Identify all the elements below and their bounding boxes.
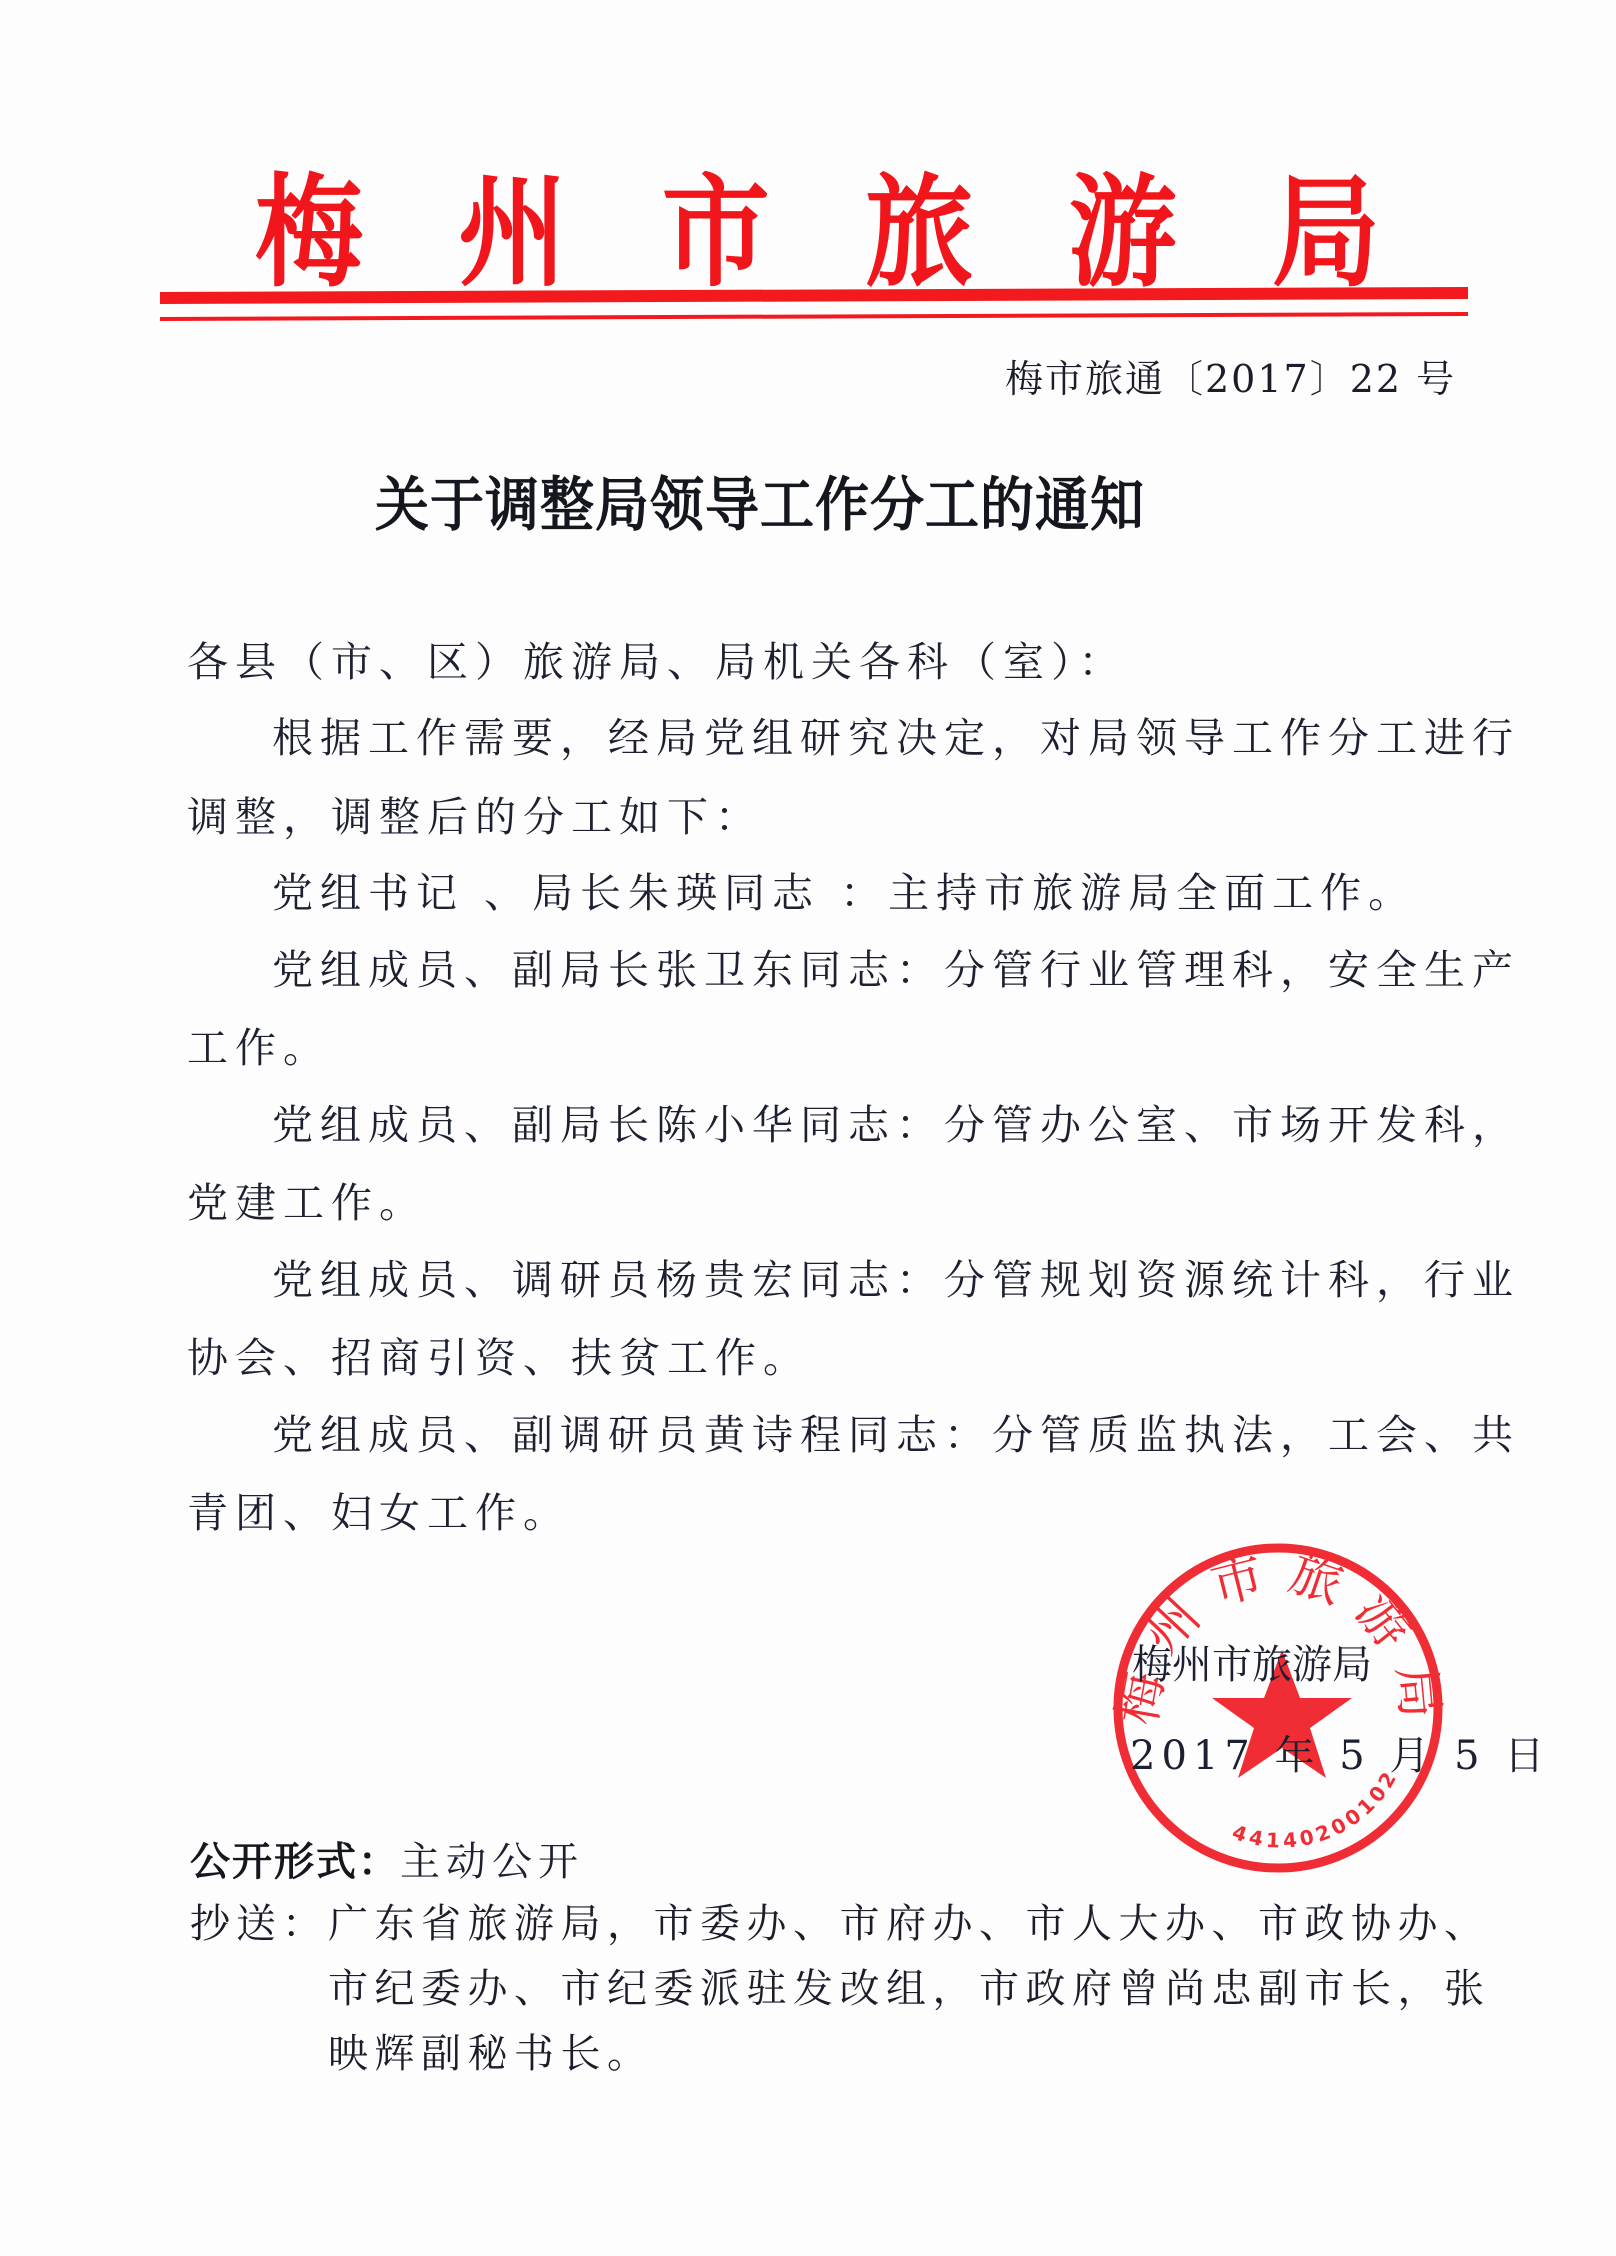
assignment-line: 党组成员、副调研员黄诗程同志：分管质监执法，工会、共 xyxy=(272,1415,1520,1456)
assignment-line: 工作。 xyxy=(187,1028,331,1069)
masthead-char: 州 xyxy=(458,173,566,294)
document-page: 梅 州 市 旅 游 局 梅市旅通〔2017〕22 号 关于调整局领导工作分工的通… xyxy=(0,0,1616,2256)
cc-recipients-line: 市纪委办、市纪委派驻发改组，市政府曾尚忠副市长，张 xyxy=(328,1957,1491,2014)
masthead-char: 游 xyxy=(1069,173,1177,294)
masthead-char: 旅 xyxy=(865,173,973,294)
assignment-line: 党建工作。 xyxy=(187,1183,427,1224)
assignment-line: 青团、妇女工作。 xyxy=(187,1493,571,1534)
assignment-line: 党组成员、副局长陈小华同志：分管办公室、市场开发科， xyxy=(272,1105,1520,1146)
body-paragraph-line: 根据工作需要，经局党组研究决定，对局领导工作分工进行 xyxy=(272,718,1520,759)
official-seal-icon: 梅州市旅游局 4414020010234 xyxy=(1110,1540,1450,1880)
cc-recipients-line: 广东省旅游局，市委办、市府办、市人大办、市政协办、 xyxy=(328,1892,1491,1949)
masthead-char: 梅 xyxy=(255,173,363,294)
body-paragraph-line: 调整，调整后的分工如下： xyxy=(187,797,763,838)
masthead-divider-thin xyxy=(160,312,1468,321)
disclosure-label: 公开形式： xyxy=(190,1839,400,1885)
cc-label: 抄送： xyxy=(190,1892,328,1949)
cc-recipients-line: 映辉副秘书长。 xyxy=(328,2022,654,2079)
signature-date: 2017 年 5 月 5 日 xyxy=(1130,1724,1550,1781)
assignment-line: 党组成员、调研员杨贵宏同志：分管规划资源统计科，行业 xyxy=(272,1260,1520,1301)
masthead-char: 局 xyxy=(1272,173,1380,294)
disclosure-value: 主动公开 xyxy=(400,1839,584,1885)
salutation: 各县（市、区）旅游局、局机关各科（室）： xyxy=(187,642,1127,683)
disclosure-line: 公开形式：主动公开 xyxy=(190,1830,584,1887)
assignment-line: 协会、招商引资、扶贫工作。 xyxy=(187,1338,811,1379)
masthead-char: 市 xyxy=(662,173,770,294)
document-number: 梅市旅通〔2017〕22 号 xyxy=(1005,348,1456,403)
masthead: 梅 州 市 旅 游 局 xyxy=(160,168,1480,298)
assignment-line: 党组书记 、局长朱瑛同志 ：主持市旅游局全面工作。 xyxy=(272,873,1416,914)
document-title: 关于调整局领导工作分工的通知 xyxy=(375,459,1145,542)
signature-organization: 梅州市旅游局 xyxy=(1132,1633,1372,1690)
assignment-line: 党组成员、副局长张卫东同志：分管行业管理科，安全生产 xyxy=(272,950,1520,991)
